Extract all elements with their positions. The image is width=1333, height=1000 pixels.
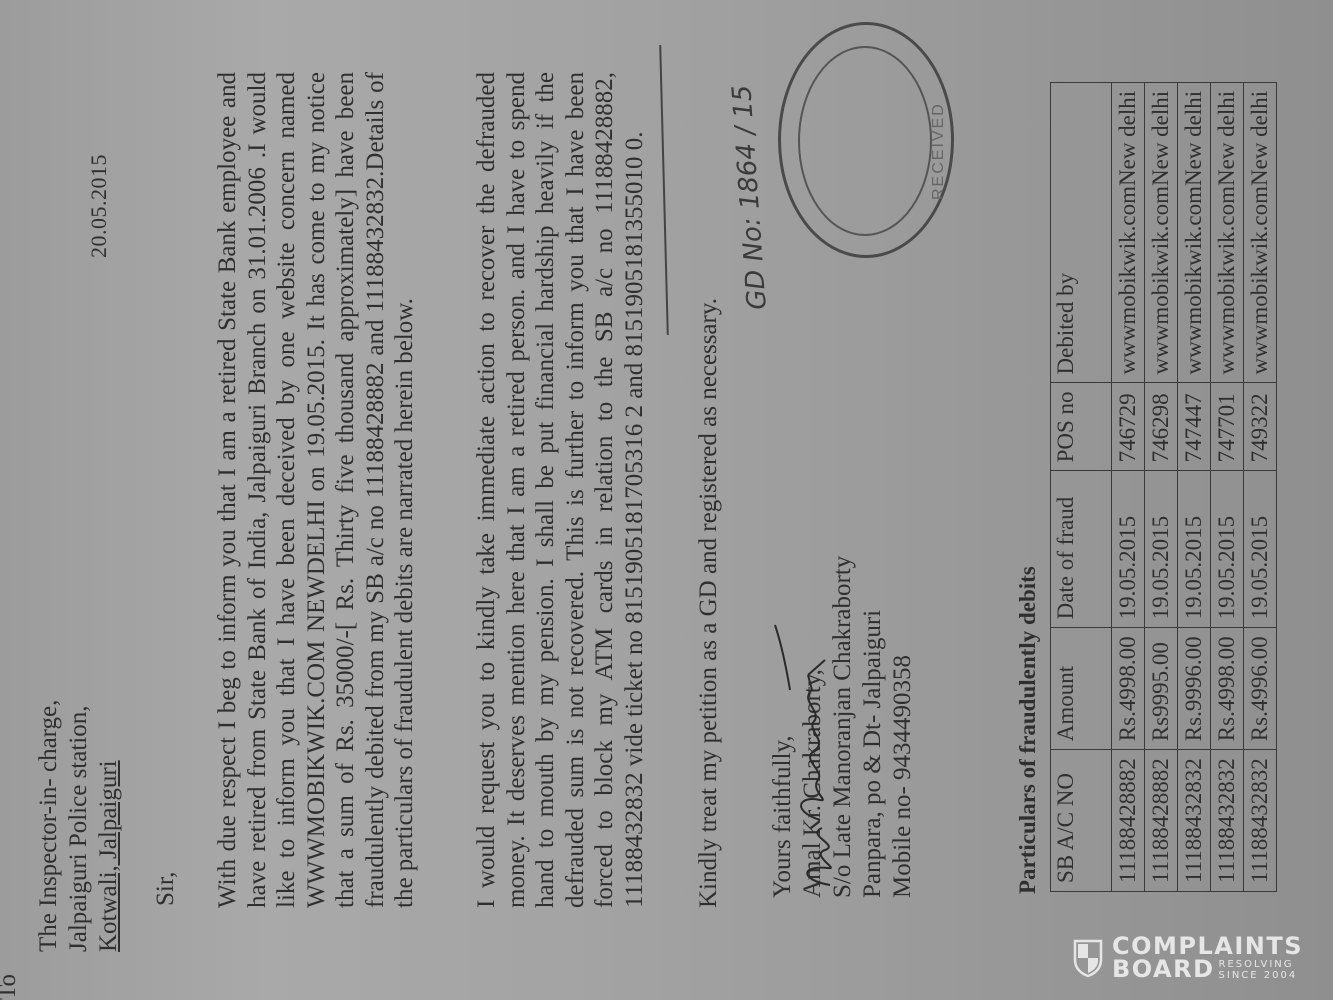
watermark-line2: BOARD bbox=[1112, 958, 1215, 981]
cell-pos: 747701 bbox=[1211, 383, 1244, 471]
table-row: 11188432832Rs.4998.0019.05.2015747701www… bbox=[1211, 82, 1244, 891]
addressee-line: The Inspector-in- charge, bbox=[34, 700, 64, 952]
cell-amount: Rs9995.00 bbox=[1145, 628, 1178, 750]
addressee-block: The Inspector-in- charge, Jalpaiguri Pol… bbox=[34, 700, 124, 952]
handwritten-gd-note: GD No: 1864 / 15 bbox=[727, 84, 773, 311]
cell-amount: Rs.4998.00 bbox=[1211, 628, 1244, 750]
cell-debited-by: wwwmobikwik.comNew delhi bbox=[1145, 82, 1178, 383]
table-row: 11188428882Rs9995.0019.05.2015746298wwwm… bbox=[1145, 82, 1178, 891]
watermark-tagline2: SINCE 2004 bbox=[1219, 970, 1298, 981]
complaints-board-watermark: COMPLAINTS BOARD RESOLVING SINCE 2004 bbox=[1072, 935, 1303, 981]
col-header-debited-by: Debited by bbox=[1051, 82, 1112, 383]
table-row: 11188432832Rs.4996.0019.05.2015749322www… bbox=[1244, 82, 1277, 891]
addressee-line: Kotwali, Jalpaiguri bbox=[94, 700, 124, 952]
table-row: 11188432832Rs.9996.0019.05.2015747447www… bbox=[1178, 82, 1211, 891]
cell-pos: 749322 bbox=[1244, 383, 1277, 471]
to-label: To bbox=[0, 974, 22, 1000]
body-paragraph-2: I would request you to kindly take immed… bbox=[472, 72, 649, 908]
cell-amount: Rs.4996.00 bbox=[1244, 628, 1277, 750]
cell-debited-by: wwwmobikwik.comNew delhi bbox=[1244, 82, 1277, 383]
cell-account: 11188428882 bbox=[1145, 750, 1178, 892]
cell-account: 11188432832 bbox=[1178, 750, 1211, 892]
shield-icon bbox=[1072, 938, 1104, 978]
col-header-amount: Amount bbox=[1051, 628, 1112, 750]
cell-pos: 746298 bbox=[1145, 383, 1178, 471]
table-row: 11188428882Rs.4998.0019.05.2015746729www… bbox=[1112, 82, 1145, 891]
divider-line bbox=[659, 45, 669, 335]
table-title: Particulars of fraudulently debits bbox=[1015, 566, 1041, 894]
cell-pos: 746729 bbox=[1112, 383, 1145, 471]
body-paragraph-1: With due respect I beg to inform you tha… bbox=[213, 72, 420, 908]
stamp-inner-ring bbox=[798, 46, 932, 236]
cell-account: 11188432832 bbox=[1244, 750, 1277, 892]
cell-date: 19.05.2015 bbox=[1178, 471, 1211, 628]
watermark-tagline1: RESOLVING bbox=[1219, 959, 1294, 970]
col-header-account: SB A/C NO bbox=[1051, 750, 1112, 892]
cell-date: 19.05.2015 bbox=[1211, 471, 1244, 628]
salutation: Sir, bbox=[152, 872, 180, 906]
letter-date: 20.05.2015 bbox=[86, 154, 112, 258]
stamp-text: RECEIVED bbox=[930, 102, 948, 200]
col-header-date: Date of fraud bbox=[1051, 471, 1112, 628]
cell-debited-by: wwwmobikwik.comNew delhi bbox=[1112, 82, 1145, 383]
cell-date: 19.05.2015 bbox=[1145, 471, 1178, 628]
table-header-row: SB A/C NO Amount Date of fraud POS no De… bbox=[1051, 82, 1112, 891]
cell-account: 11188428882 bbox=[1112, 750, 1145, 892]
letter-page: To The Inspector-in- charge, Jalpaiguri … bbox=[0, 0, 1333, 1000]
cell-date: 19.05.2015 bbox=[1244, 471, 1277, 628]
cell-debited-by: wwwmobikwik.comNew delhi bbox=[1178, 82, 1211, 383]
cell-date: 19.05.2015 bbox=[1112, 471, 1145, 628]
col-header-pos: POS no bbox=[1051, 383, 1112, 471]
cell-debited-by: wwwmobikwik.comNew delhi bbox=[1211, 82, 1244, 383]
cell-pos: 747447 bbox=[1178, 383, 1211, 471]
cell-amount: Rs.9996.00 bbox=[1178, 628, 1211, 750]
addressee-line: Jalpaiguri Police station, bbox=[64, 700, 94, 952]
fraud-debits-table: SB A/C NO Amount Date of fraud POS no De… bbox=[1050, 82, 1277, 892]
request-line: Kindly treat my petition as a GD and reg… bbox=[695, 298, 723, 908]
sender-address: Panpara, po & Dt- Jalpaiguri bbox=[858, 556, 888, 898]
watermark-tagline: RESOLVING SINCE 2004 bbox=[1219, 959, 1298, 981]
sender-mobile: Mobile no- 9434490358 bbox=[888, 556, 918, 898]
cell-amount: Rs.4998.00 bbox=[1112, 628, 1145, 750]
cell-account: 11188432832 bbox=[1211, 750, 1244, 892]
signature-icon bbox=[770, 620, 850, 890]
